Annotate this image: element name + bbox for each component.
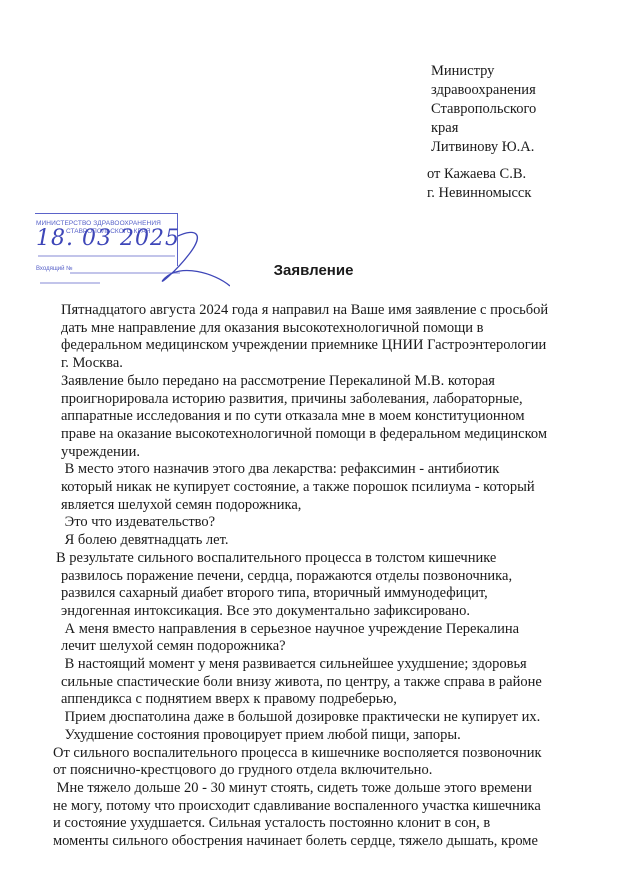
- document-title: Заявление: [0, 262, 627, 279]
- body-line: который никак не купирует состояние, а т…: [61, 479, 581, 497]
- body-line: Пятнадцатого августа 2024 года я направи…: [61, 302, 581, 320]
- addressee-line: края: [431, 119, 536, 138]
- body-line: моменты сильного обострения начинает бол…: [53, 833, 581, 851]
- body-line: От сильного воспалительного процесса в к…: [53, 745, 581, 763]
- statement-body: Пятнадцатого августа 2024 года я направи…: [61, 302, 581, 851]
- body-line: развилось поражение печени, сердца, пора…: [61, 568, 581, 586]
- body-line: от пояснично-крестцового до грудного отд…: [53, 762, 581, 780]
- body-line: Прием дюспатолина даже в большой дозиров…: [61, 709, 581, 727]
- body-line: проигнорировала историю развития, причин…: [61, 391, 581, 409]
- body-line: г. Москва.: [61, 355, 581, 373]
- sender-city: г. Невинномысск: [427, 184, 531, 203]
- body-line: является шелухой семян подорожника,: [61, 497, 581, 515]
- body-line: учреждении.: [61, 444, 581, 462]
- body-line: развился сахарный диабет второго типа, в…: [61, 585, 581, 603]
- body-line: Заявление было передано на рассмотрение …: [61, 373, 581, 391]
- body-line: эндогенная интоксикация. Все это докумен…: [61, 603, 581, 621]
- body-line: Мне тяжело дольше 20 - 30 минут стоять, …: [53, 780, 581, 798]
- addressee-line: Ставропольского: [431, 100, 536, 119]
- body-line: аппендикса с поднятием вверх к правому п…: [61, 691, 581, 709]
- body-line: аппаратные исследования и по сути отказа…: [61, 408, 581, 426]
- addressee-line: Литвинову Ю.А.: [431, 138, 536, 157]
- sender-name: от Кажаева С.В.: [427, 165, 531, 184]
- body-line: В место этого назначив этого два лекарст…: [61, 461, 581, 479]
- body-line: Это что издевательство?: [61, 514, 581, 532]
- body-line: праве на оказание высокотехнологичной по…: [61, 426, 581, 444]
- addressee-line: здравоохранения: [431, 81, 536, 100]
- body-line: Ухудшение состояния провоцирует прием лю…: [61, 727, 581, 745]
- body-line: дать мне направление для оказания высоко…: [61, 320, 581, 338]
- sender-block: от Кажаева С.В. г. Невинномысск: [427, 165, 531, 203]
- title-text: Заявление: [274, 262, 354, 279]
- body-line: и состояние ухудшается. Сильная усталост…: [53, 815, 581, 833]
- addressee-line: Министру: [431, 62, 536, 81]
- body-line: федеральном медицинском учреждении прием…: [61, 337, 581, 355]
- body-line: не могу, потому что происходит сдавливан…: [53, 798, 581, 816]
- addressee-block: Министру здравоохранения Ставропольского…: [431, 62, 536, 157]
- body-line: А меня вместо направления в серьезное на…: [61, 621, 581, 639]
- body-line: лечит шелухой семян подорожника?: [61, 638, 581, 656]
- body-line: В настоящий момент у меня развивается си…: [61, 656, 581, 674]
- body-line: В результате сильного воспалительного пр…: [56, 550, 581, 568]
- body-line: сильные спастические боли внизу живота, …: [61, 674, 581, 692]
- body-line: Я болею девятнадцать лет.: [61, 532, 581, 550]
